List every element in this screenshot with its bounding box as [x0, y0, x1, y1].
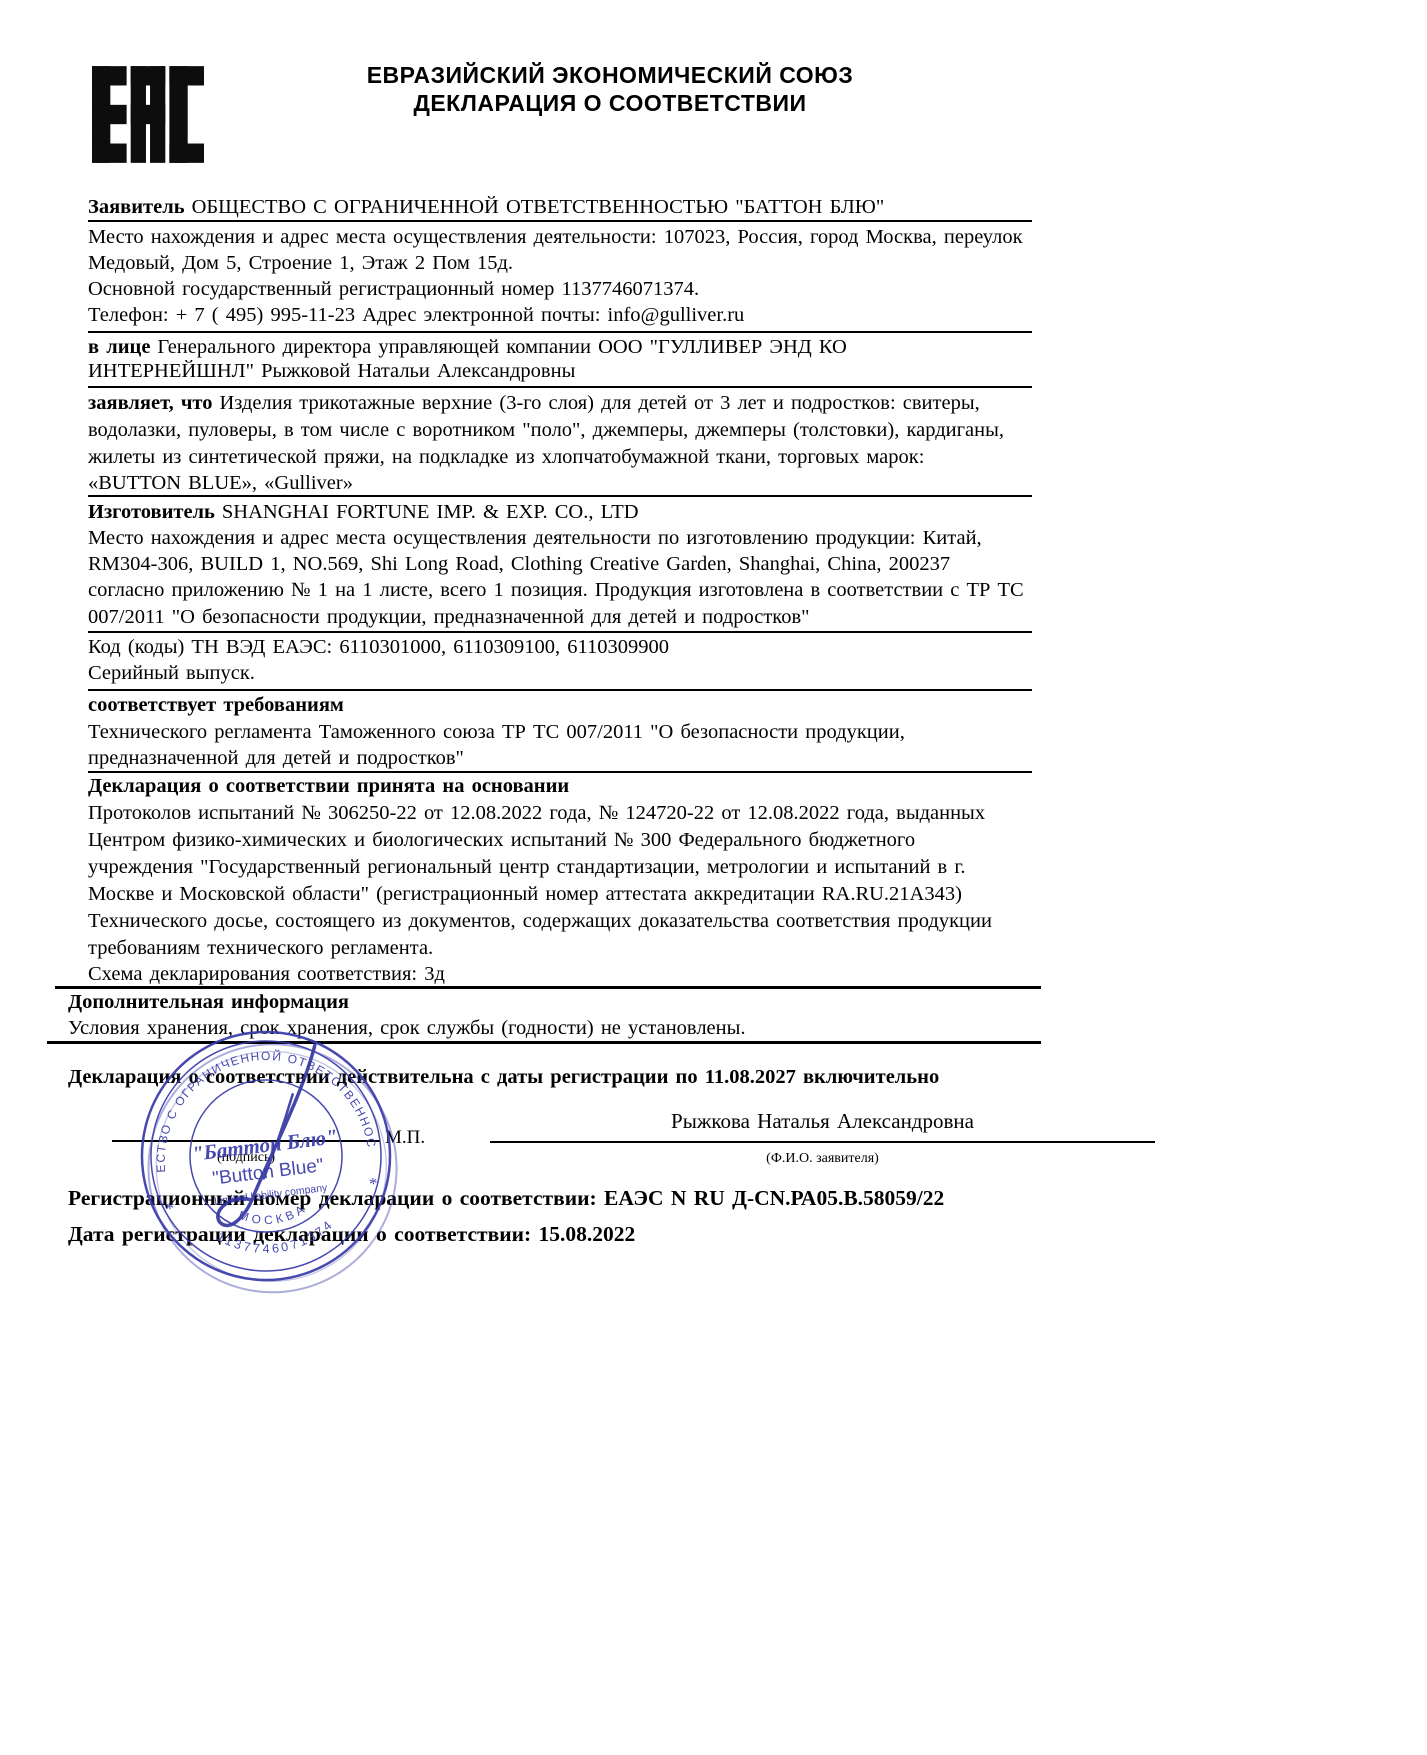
eac-logo-icon: [92, 66, 204, 163]
applicant-address-line: Место нахождения и адрес места осуществл…: [88, 224, 1023, 251]
compliance-heading: соответствует требованиям: [88, 692, 344, 719]
manufacturer-address-line: Место нахождения и адрес места осуществл…: [88, 525, 982, 552]
basis-line: Центром физико-химических и биологически…: [88, 827, 915, 854]
stamp-city-text: МОСКВА: [235, 1200, 311, 1232]
declares-text: Изделия трикотажные верхние (3-го слоя) …: [219, 392, 979, 414]
svg-text:МОСКВА: МОСКВА: [235, 1200, 311, 1232]
representative-line: ИНТЕРНЕЙШНЛ" Рыжковой Натальи Александро…: [88, 358, 575, 385]
document-title-line1: ЕВРАЗИЙСКИЙ ЭКОНОМИЧЕСКИЙ СОЮЗ: [310, 62, 910, 89]
section-divider: [88, 331, 1032, 333]
applicant-phone-line: Телефон: + 7 ( 495) 995-11-23 Адрес элек…: [88, 302, 744, 329]
trademark-line: «BUTTON BLUE», «Gulliver»: [88, 470, 353, 497]
representative-text: Генерального директора управляющей компа…: [157, 336, 846, 358]
section-divider: [88, 386, 1032, 388]
basis-heading: Декларация о соответствии принята на осн…: [88, 773, 569, 800]
representative-label: в лице: [88, 336, 150, 358]
basis-line: Москве и Московской области" (регистраци…: [88, 881, 962, 908]
section-divider: [88, 631, 1032, 633]
scheme-line: Схема декларирования соответствия: 3д: [88, 961, 445, 988]
product-line: водолазки, пуловеры, в том числе с ворот…: [88, 417, 1004, 444]
basis-line: Технического досье, состоящего из докуме…: [88, 908, 992, 935]
basis-line: учреждения "Государственный региональный…: [88, 854, 966, 881]
declares-row: заявляет, чтоИзделия трикотажные верхние…: [88, 390, 980, 417]
compliance-line: предназначенной для детей и подростков": [88, 745, 464, 772]
manufacturer-label: Изготовитель: [88, 501, 215, 523]
declarant-name: Рыжкова Наталья Александровна: [490, 1108, 1155, 1135]
basis-line: Протоколов испытаний № 306250-22 от 12.0…: [88, 800, 985, 827]
applicant-row: ЗаявительОБЩЕСТВО С ОГРАНИЧЕННОЙ ОТВЕТСТ…: [88, 194, 884, 221]
applicant-ogrn-line: Основной государственный регистрационный…: [88, 276, 699, 303]
stamp-star-right: *: [368, 1174, 379, 1194]
section-divider: [88, 689, 1032, 691]
section-divider: [88, 220, 1032, 222]
manufacturer-row: ИзготовительSHANGHAI FORTUNE IMP. & EXP.…: [88, 499, 639, 526]
signature-line-right: [490, 1141, 1155, 1143]
section-divider: [88, 495, 1032, 497]
document-page: ЕВРАЗИЙСКИЙ ЭКОНОМИЧЕСКИЙ СОЮЗ ДЕКЛАРАЦИ…: [0, 0, 1427, 1755]
manufacturer-annex-line: согласно приложению № 1 на 1 листе, всег…: [88, 577, 1024, 604]
declarant-caption: (Ф.И.О. заявителя): [490, 1145, 1155, 1172]
product-line: жилеты из синтетической пряжи, на подкла…: [88, 444, 924, 471]
basis-line: требованиям технического регламента.: [88, 935, 433, 962]
representative-row: в лицеГенерального директора управляющей…: [88, 334, 847, 361]
manufacturer-address-line: RM304-306, BUILD 1, NO.569, Shi Long Roa…: [88, 551, 950, 578]
declares-label: заявляет, что: [88, 392, 212, 414]
applicant-label: Заявитель: [88, 196, 185, 218]
serial-issue-line: Серийный выпуск.: [88, 660, 255, 687]
tnved-codes-line: Код (коды) ТН ВЭД ЕАЭС: 6110301000, 6110…: [88, 634, 669, 661]
manufacturer-name: SHANGHAI FORTUNE IMP. & EXP. CO., LTD: [222, 501, 639, 523]
manufacturer-annex-line: 007/2011 "О безопасности продукции, пред…: [88, 604, 810, 631]
stamp-star-left: *: [165, 1199, 176, 1219]
applicant-address-line: Медовый, Дом 5, Строение 1, Этаж 2 Пом 1…: [88, 250, 513, 277]
document-title-line2: ДЕКЛАРАЦИЯ О СООТВЕТСТВИИ: [310, 90, 910, 117]
compliance-line: Технического регламента Таможенного союз…: [88, 719, 905, 746]
company-stamp: ОБЩЕСТВО С ОГРАНИЧЕННОЙ ОТВЕТСТВЕННОСТЬЮ…: [106, 996, 427, 1317]
applicant-name: ОБЩЕСТВО С ОГРАНИЧЕННОЙ ОТВЕТСТВЕННОСТЬЮ…: [192, 196, 885, 218]
